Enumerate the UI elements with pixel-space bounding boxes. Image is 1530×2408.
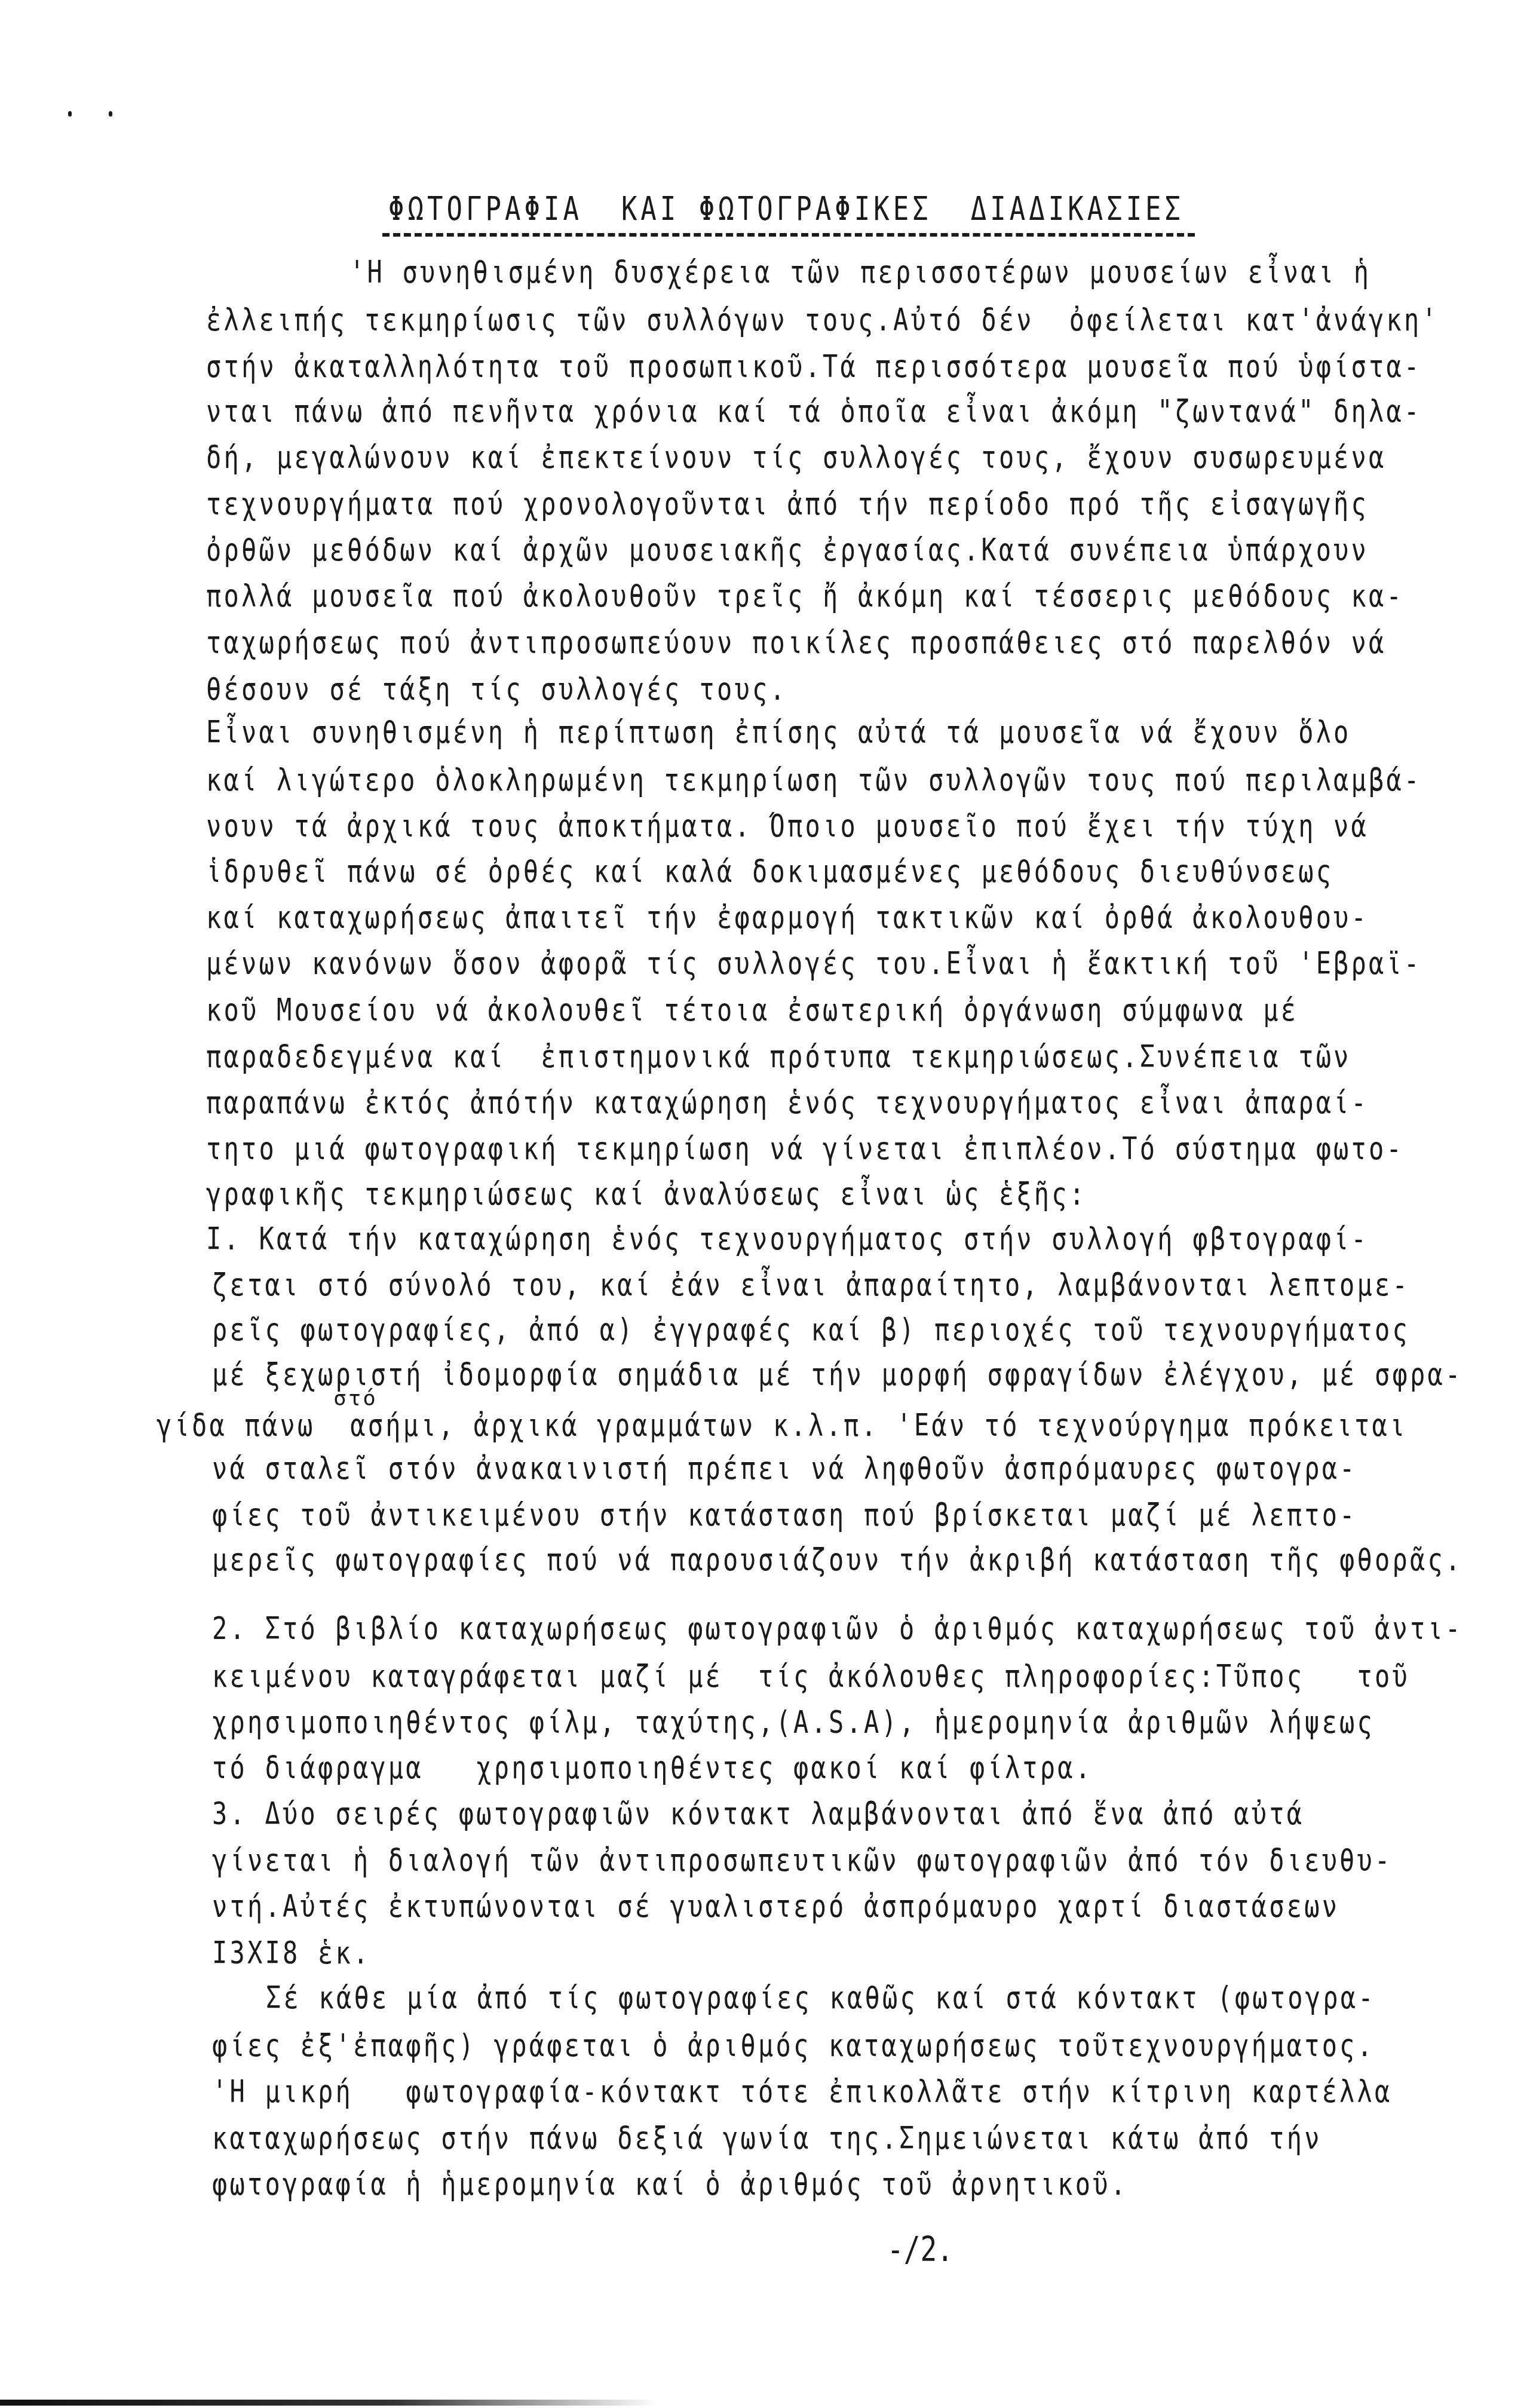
text-line: τεχνουργήματα πού χρονολογοῦνται ἀπό τήν… bbox=[206, 489, 1369, 519]
text-line: 'Η μικρή φωτογραφία-κόντακτ τότε ἐπικολλ… bbox=[212, 2076, 1393, 2107]
text-line: πολλά μουσεῖα πού ἀκολουθοῦν τρεῖς ἤ ἀκό… bbox=[206, 581, 1404, 611]
text-line: ἐλλειπής τεκμηρίωσις τῶν συλλόγων τους.Α… bbox=[206, 305, 1439, 335]
text-line: παραπάνω ἐκτός ἀπότήν καταχώρηση ἑνός τε… bbox=[206, 1087, 1369, 1118]
list-item-1-line: Ι. Κατά τήν καταχώρηση ἑνός τεχνουργήματ… bbox=[206, 1224, 1369, 1254]
text-line: ὀρθῶν μεθόδων καί ἀρχῶν μουσειακῆς ἐργασ… bbox=[206, 535, 1369, 565]
text-line: ἱδρυθεῖ πάνω σέ ὀρθές καί καλά δοκιμασμέ… bbox=[206, 856, 1333, 887]
text-line: 'Η συνηθισμένη δυσχέρεια τῶν περισσοτέρω… bbox=[349, 257, 1371, 287]
list-item-1-line: γίδα πάνω ασήμι, ἀρχικά γραμμάτων κ.λ.π.… bbox=[157, 1410, 1408, 1441]
list-item-3-line: 3. Δύο σειρές φωτογραφιῶν κόντακτ λαμβάν… bbox=[212, 1799, 1304, 1829]
text-line: νουν τά ἀρχικά τους ἀποκτήματα. Όποιο μο… bbox=[206, 811, 1369, 841]
scan-mark bbox=[65, 111, 119, 116]
text-line: γραφικῆς τεκμηριώσεως καί ἀναλύσεως εἶνα… bbox=[206, 1179, 1087, 1209]
list-item-3-line: ντή.Αὐτές ἐκτυπώνονται σέ γυαλιστερό ἀσπ… bbox=[212, 1891, 1339, 1922]
text-line: φωτογραφία ἡ ἡμερομηνία καί ὁ ἀριθμός το… bbox=[212, 2169, 1128, 2199]
list-item-3-line: γίνεται ἡ διαλογή τῶν ἀντιπροσωπευτικῶν … bbox=[212, 1845, 1393, 1876]
document-title: ΦΩΤΟΓΡΑΦΙΑ ΚΑΙ ΦΩΤΟΓΡΑΦΙΚΕΣ ΔΙΑΔΙΚΑΣΙΕΣ bbox=[388, 190, 1184, 228]
title-underline bbox=[382, 233, 1195, 237]
text-line: ταχωρήσεως πού ἀντιπροσωπεύουν ποικίλες … bbox=[206, 627, 1387, 658]
text-line: στήν ἀκαταλληλότητα τοῦ προσωπικοῦ.Τά πε… bbox=[206, 351, 1422, 382]
text-line: κοῦ Μουσείου νά ἀκολουθεῖ τέτοια ἐσωτερι… bbox=[206, 995, 1298, 1025]
list-item-1-line: ρεῖς φωτογραφίες, ἀπό α) ἐγγραφές καί β)… bbox=[212, 1315, 1410, 1345]
list-item-3-line: Ι3ΧΙ8 ἑκ. bbox=[212, 1938, 370, 1968]
text-line: καί λιγώτερο ὁλοκληρωμένη τεκμηρίωση τῶν… bbox=[206, 765, 1422, 795]
scan-edge-shadow bbox=[0, 2400, 657, 2406]
text-line: μένων κανόνων ὅσον ἀφορᾶ τίς συλλογές το… bbox=[206, 948, 1422, 979]
list-item-2-line: χρησιμοποιηθέντος φίλμ, ταχύτης,(A.S.A),… bbox=[212, 1707, 1375, 1738]
text-line: φίες ἐξ'ἐπαφῆς) γράφεται ὁ ἀριθμός καταχ… bbox=[212, 2030, 1375, 2061]
text-line: δή, μεγαλώνουν καί ἐπεκτείνουν τίς συλλο… bbox=[206, 442, 1387, 473]
typewritten-page: ΦΩΤΟΓΡΑΦΙΑ ΚΑΙ ΦΩΤΟΓΡΑΦΙΚΕΣ ΔΙΑΔΙΚΑΣΙΕΣ … bbox=[0, 0, 1530, 2408]
list-item-1-line: μερεῖς φωτογραφίες πού νά παρουσιάζουν τ… bbox=[212, 1545, 1463, 1575]
text-line: Σέ κάθε μία ἀπό τίς φωτογραφίες καθῶς κα… bbox=[266, 1983, 1376, 2013]
page-number: -/2. bbox=[887, 2229, 953, 2269]
text-line: τητο μιά φωτογραφική τεκμηρίωση νά γίνετ… bbox=[206, 1133, 1404, 1164]
list-item-1-line: νά σταλεῖ στόν ἀνακαινιστή πρέπει νά ληφ… bbox=[212, 1453, 1357, 1484]
text-line: θέσουν σέ τάξη τίς συλλογές τους. bbox=[206, 674, 787, 704]
text-line: καί καταχωρήσεως ἀπαιτεῖ τήν ἐφαρμογή τα… bbox=[206, 902, 1369, 933]
list-item-1-line: μέ ξεχωριστή ἰδομορφία σημάδια μέ τήν μο… bbox=[212, 1359, 1463, 1390]
text-line: παραδεδεγμένα καί ἐπιστημονικά πρότυπα τ… bbox=[206, 1041, 1351, 1072]
text-line: νται πάνω ἀπό πενῆντα χρόνια καί τά ὁποῖ… bbox=[206, 396, 1422, 427]
list-item-2-line: κειμένου καταγράφεται μαζί μέ τίς ἀκόλου… bbox=[212, 1661, 1410, 1692]
list-item-2-line: τό διάφραγμα χρησιμοποιηθέντες φακοί καί… bbox=[212, 1753, 1093, 1783]
list-item-2-line: 2. Στό βιβλίο καταχωρήσεως φωτογραφιῶν ὁ… bbox=[212, 1613, 1463, 1644]
list-item-1-line: φίες τοῦ ἀντικειμένου στήν κατάσταση πού… bbox=[212, 1500, 1357, 1530]
list-item-1-line: ζεται στό σύνολό του, καί ἐάν εἶναι ἀπαρ… bbox=[212, 1270, 1410, 1300]
text-line: Εἶναι συνηθισμένη ἡ περίπτωση ἐπίσης αὐτ… bbox=[206, 717, 1351, 747]
text-line: καταχωρήσεως στήν πάνω δεξιά γωνία της.Σ… bbox=[212, 2123, 1322, 2153]
